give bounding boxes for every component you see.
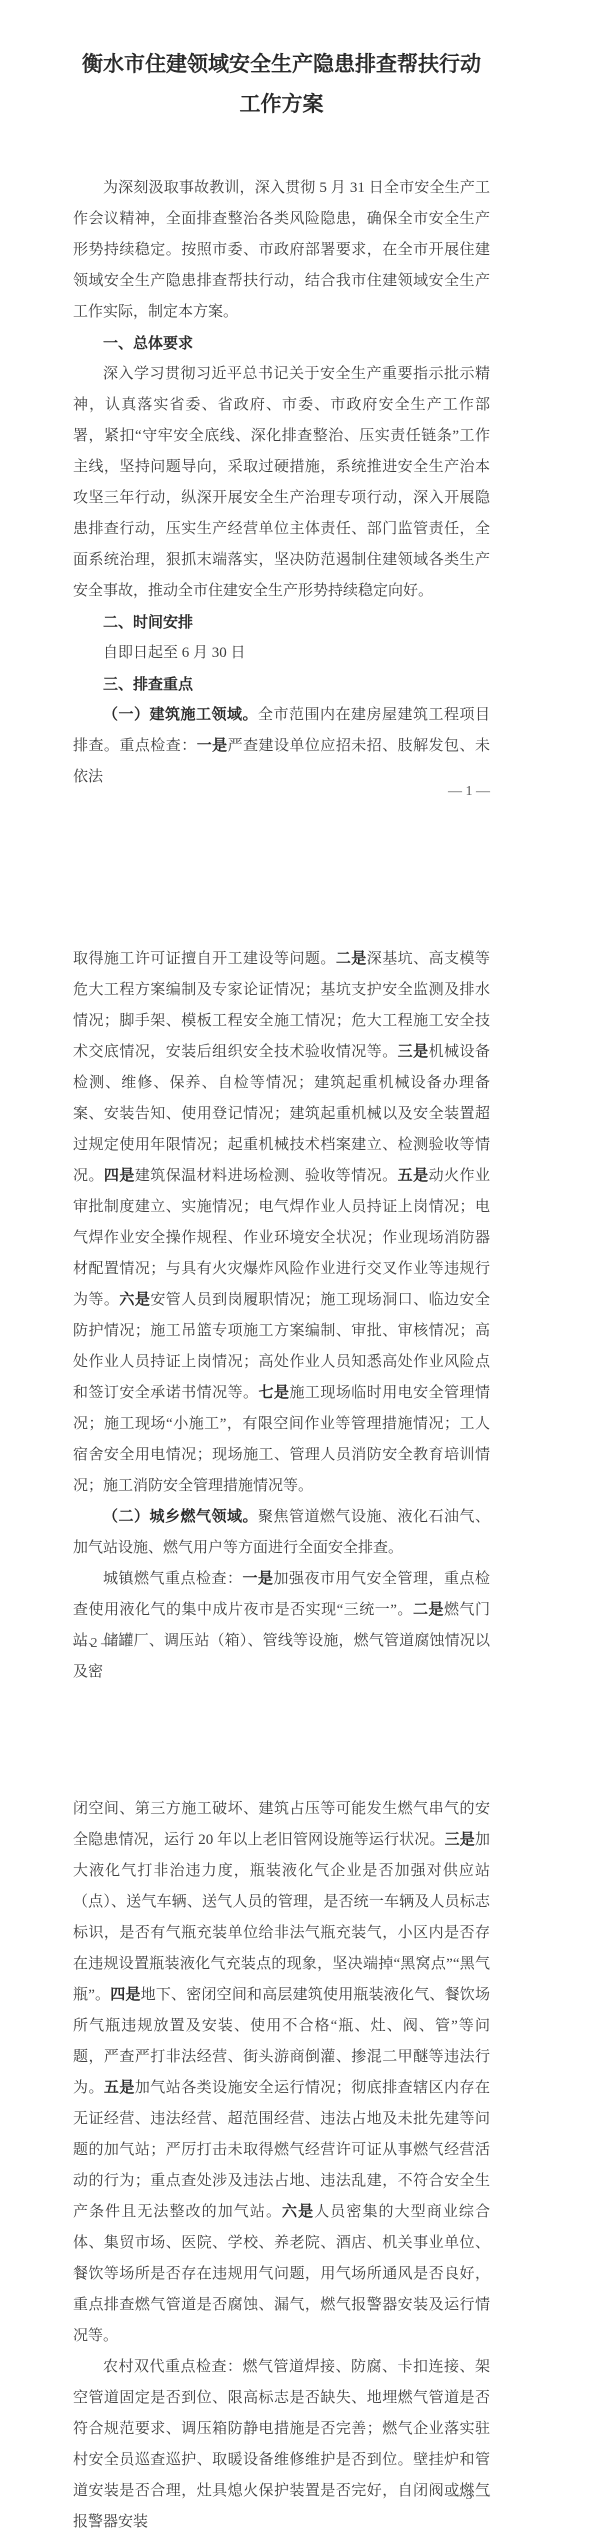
paragraph: 城镇燃气重点检查：一是加强夜市用气安全管理，重点检查使用液化气的集中成片夜市是否… <box>73 1564 490 1688</box>
paragraph: （二）城乡燃气领域。聚焦管道燃气设施、液化石油气、加气站设施、燃气用户等方面进行… <box>73 1502 490 1564</box>
body-text: 加气站各类设施安全运行情况；彻底排查辖区内存在无证经营、违法经营、超范围经营、违… <box>73 2080 490 2220</box>
emphasis-text: 四是 <box>110 1987 140 2003</box>
emphasis-text: （二）城乡燃气领域。 <box>103 1509 258 1525</box>
section-heading: 一、总体要求 <box>73 328 490 359</box>
page-number-1: — 1 — <box>73 776 490 807</box>
emphasis-text: 三是 <box>398 1044 429 1060</box>
emphasis-text: （一）建筑施工领域。 <box>103 707 258 723</box>
emphasis-text: 衡水市住建领域安全生产隐患排查帮扶行动 工作方案 <box>82 53 481 116</box>
emphasis-text: 六是 <box>119 1292 150 1308</box>
body-text: 深入学习贯彻习近平总书记关于安全生产重要指示批示精神，认真落实省委、省政府、市委… <box>73 366 490 599</box>
document-canvas: 衡水市住建领域安全生产隐患排查帮扶行动 工作方案为深刻汲取事故教训，深入贯彻 5… <box>0 0 600 2546</box>
page-2-content: 取得施工许可证擅自开工建设等问题。二是深基坑、高支模等危大工程方案编制及专家论证… <box>73 944 490 1688</box>
page-3-content: 闭空间、第三方施工破坏、建筑占压等可能发生燃气串气的安全隐患情况，运行 20 年… <box>73 1794 490 2538</box>
emphasis-text: 二是 <box>336 951 367 967</box>
section-heading: 三、排查重点 <box>73 669 490 700</box>
section-heading: 二、时间安排 <box>73 607 490 638</box>
paragraph: 为深刻汲取事故教训，深入贯彻 5 月 31 日全市安全生产工作会议精神，全面排查… <box>73 173 490 328</box>
document-page-3: 闭空间、第三方施工破坏、建筑占压等可能发生燃气串气的安全隐患情况，运行 20 年… <box>0 1788 600 2546</box>
emphasis-text: 三是 <box>445 1832 475 1848</box>
paragraph: 闭空间、第三方施工破坏、建筑占压等可能发生燃气串气的安全隐患情况，运行 20 年… <box>73 1794 490 2352</box>
document-title: 衡水市住建领域安全生产隐患排查帮扶行动 工作方案 <box>73 45 490 125</box>
paragraph: 深入学习贯彻习近平总书记关于安全生产重要指示批示精神，认真落实省委、省政府、市委… <box>73 359 490 607</box>
body-text: 闭空间、第三方施工破坏、建筑占压等可能发生燃气串气的安全隐患情况，运行 20 年… <box>73 1801 490 1848</box>
body-text: 加大液化气打非治违力度，瓶装液化气企业是否加强对供应站（点）、送气车辆、送气人员… <box>73 1832 490 2003</box>
emphasis-text: 一是 <box>197 738 228 754</box>
body-text: 为深刻汲取事故教训，深入贯彻 5 月 31 日全市安全生产工作会议精神，全面排查… <box>73 180 490 320</box>
emphasis-text: 五是 <box>104 2080 135 2096</box>
body-text: 机械设备检测、维修、保养、自检等情况；建筑起重机械设备办理备案、安装告知、使用登… <box>73 1044 490 1184</box>
emphasis-text: 三、排查重点 <box>103 676 193 693</box>
body-text: 城镇燃气重点检查： <box>103 1571 242 1587</box>
body-text: 动火作业审批制度建立、实施情况；电气焊作业人员持证上岗情况；电气焊作业安全操作规… <box>73 1168 490 1308</box>
paragraph: 取得施工许可证擅自开工建设等问题。二是深基坑、高支模等危大工程方案编制及专家论证… <box>73 944 490 1502</box>
emphasis-text: 六是 <box>282 2204 314 2220</box>
body-text: 人员密集的大型商业综合体、集贸市场、医院、学校、养老院、酒店、机关事业单位、餐饮… <box>73 2204 490 2344</box>
emphasis-text: 四是 <box>104 1168 135 1184</box>
page-number-2: — 2 — <box>73 1628 490 1659</box>
emphasis-text: 一是 <box>242 1571 273 1587</box>
emphasis-text: 五是 <box>398 1168 429 1184</box>
body-text: 施工现场临时用电安全管理情况；施工现场“小施工”，有限空间作业等管理措施情况；工… <box>73 1385 490 1494</box>
emphasis-text: 二是 <box>413 1602 444 1618</box>
document-page-2: 取得施工许可证擅自开工建设等问题。二是深基坑、高支模等危大工程方案编制及专家论证… <box>0 938 600 1788</box>
body-text: 取得施工许可证擅自开工建设等问题。 <box>73 951 336 967</box>
emphasis-text: 二、时间安排 <box>103 614 193 631</box>
page-1-content: 衡水市住建领域安全生产隐患排查帮扶行动 工作方案为深刻汲取事故教训，深入贯彻 5… <box>73 45 490 793</box>
emphasis-text: 一、总体要求 <box>103 335 193 352</box>
body-text: 建筑保温材料进场检测、验收等情况。 <box>135 1168 398 1184</box>
paragraph: 自即日起至 6 月 30 日 <box>73 638 490 669</box>
page-number-3: — 3 — <box>73 2480 490 2511</box>
body-text: 自即日起至 6 月 30 日 <box>103 645 246 661</box>
emphasis-text: 七是 <box>259 1385 290 1401</box>
document-page-1: 衡水市住建领域安全生产隐患排查帮扶行动 工作方案为深刻汲取事故教训，深入贯彻 5… <box>0 0 600 938</box>
